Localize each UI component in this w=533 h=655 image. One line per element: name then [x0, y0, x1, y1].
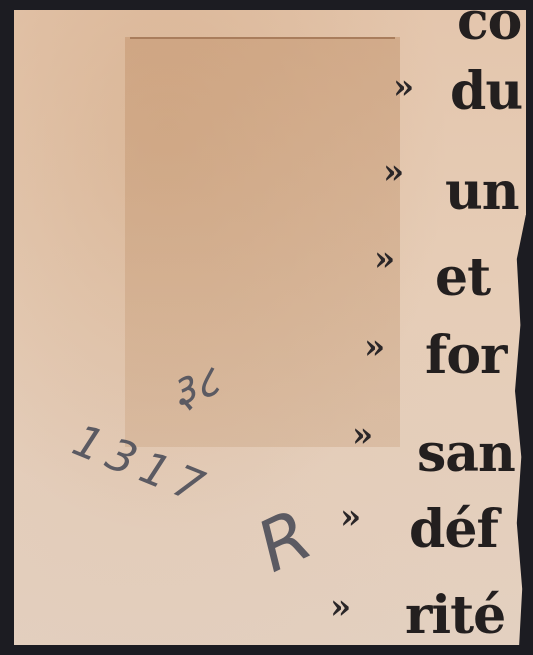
word-def: déf — [409, 504, 498, 556]
guillemet-4: » — [364, 330, 385, 364]
word-un: un — [445, 166, 519, 218]
word-rite: rité — [405, 590, 505, 642]
word-et: et — [435, 252, 490, 304]
guillemet-2: » — [383, 155, 404, 189]
guillemet-5: » — [352, 418, 373, 452]
word-for: for — [425, 330, 506, 382]
hinge-edge-line — [130, 37, 395, 39]
word-san: san — [417, 428, 515, 480]
stamp-hinge-area — [125, 37, 400, 447]
guillemet-1: » — [393, 70, 414, 104]
guillemet-6: » — [340, 500, 361, 534]
word-du: du — [450, 66, 522, 118]
guillemet-7: » — [330, 590, 351, 624]
word-co: co — [457, 0, 521, 48]
guillemet-3: » — [374, 242, 395, 276]
